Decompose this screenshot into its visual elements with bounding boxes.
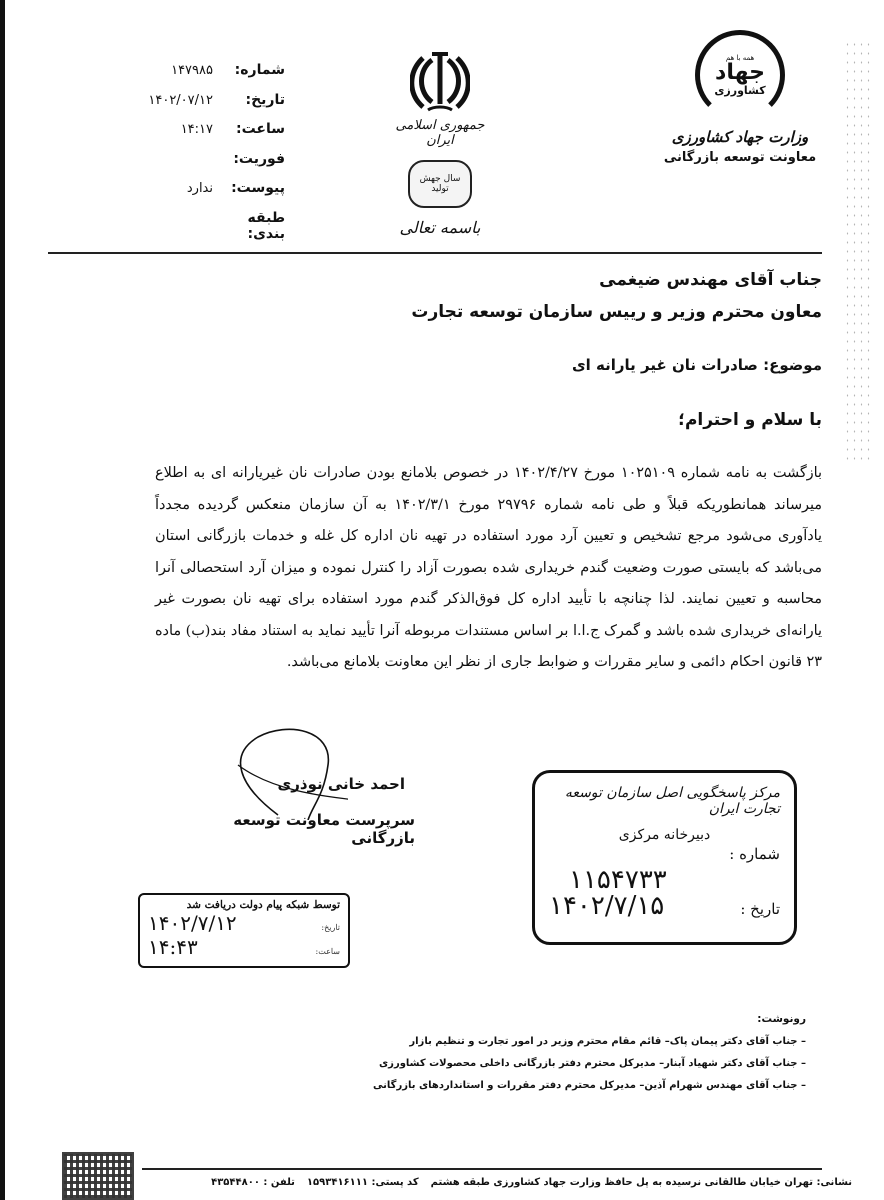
qr-code-icon bbox=[62, 1152, 134, 1200]
received-time-label: ساعت: bbox=[302, 947, 340, 956]
received-date: ۱۴۰۲/۷/۱۲ bbox=[148, 911, 302, 935]
meta-attachment: پیوست: ندارد bbox=[110, 180, 285, 210]
stamp-unit: دبیرخانه مرکزی bbox=[549, 827, 780, 843]
footer-contact: نشانی: تهران خیابان طالقانی نرسیده به پل… bbox=[142, 1177, 852, 1188]
letter-subject: موضوع: صادرات نان غیر یارانه ای bbox=[572, 356, 822, 374]
meta-label: ساعت: bbox=[223, 121, 285, 137]
header-divider bbox=[48, 252, 822, 254]
stamp-org: مرکز پاسخگویی اصل سازمان توسعه تجارت ایر… bbox=[549, 785, 780, 817]
cc-title: رونوشت: bbox=[373, 1013, 806, 1025]
national-emblem: جمهوری اسلامی ایران سال جهش تولید باسمه … bbox=[395, 52, 485, 237]
meta-urgency: فوریت: bbox=[110, 151, 285, 181]
scan-noise bbox=[844, 40, 874, 460]
meta-value: ۱۴۷۹۸۵ bbox=[110, 63, 223, 78]
stamp-date-label: تاریخ : bbox=[710, 900, 780, 918]
deputy-name: معاونت توسعه بازرگانی bbox=[640, 150, 840, 165]
scan-edge bbox=[0, 0, 5, 1200]
bismillah: باسمه تعالی bbox=[395, 218, 485, 237]
stamp-date: ۱۴۰۲/۷/۱۵ bbox=[549, 891, 710, 921]
logo-sub-text: کشاورزی bbox=[714, 84, 765, 97]
registry-stamp: مرکز پاسخگویی اصل سازمان توسعه تجارت ایر… bbox=[532, 770, 797, 945]
ministry-logo: همه با هم جهاد کشاورزی وزارت جهاد کشاورز… bbox=[640, 30, 840, 165]
signature-scribble-icon bbox=[218, 725, 348, 820]
letter-meta: شماره: ۱۴۷۹۸۵ تاریخ: ۱۴۰۲/۰۷/۱۲ ساعت: ۱۴… bbox=[110, 62, 285, 239]
received-stamp-title: توسط شبکه پیام دولت دریافت شد bbox=[148, 899, 340, 911]
year-slogan-cartouche: سال جهش تولید bbox=[408, 160, 472, 208]
addressee: جناب آقای مهندس ضیغمی معاون محترم وزیر و… bbox=[411, 270, 822, 322]
meta-label: تاریخ: bbox=[223, 92, 285, 108]
meta-label: پیوست: bbox=[223, 180, 285, 196]
meta-time: ساعت: ۱۴:۱۷ bbox=[110, 121, 285, 151]
received-stamp: توسط شبکه پیام دولت دریافت شد تاریخ: ۱۴۰… bbox=[138, 893, 350, 968]
logo-main-text: جهاد bbox=[715, 62, 765, 84]
addressee-name: جناب آقای مهندس ضیغمی bbox=[411, 270, 822, 290]
meta-classification: طبقه بندی: bbox=[110, 210, 285, 240]
footer-phone: تلفن : ۴۳۵۴۴۸۰۰ bbox=[211, 1177, 295, 1188]
cc-item: – جناب آقای مهندس شهرام آذین– مدیرکل محت… bbox=[373, 1075, 806, 1097]
footer-divider bbox=[142, 1168, 822, 1170]
letter-page: شماره: ۱۴۷۹۸۵ تاریخ: ۱۴۰۲/۰۷/۱۲ ساعت: ۱۴… bbox=[0, 0, 884, 1200]
cc-item: – جناب آقای دکتر پیمان پاک– قائم مقام مح… bbox=[373, 1031, 806, 1053]
emblem-caption: جمهوری اسلامی ایران bbox=[395, 118, 485, 148]
stamp-number-row: شماره : bbox=[549, 845, 780, 863]
meta-label: طبقه بندی: bbox=[210, 210, 285, 242]
meta-value: ندارد bbox=[110, 181, 223, 196]
ministry-name: وزارت جهاد کشاورزی bbox=[640, 128, 840, 146]
carbon-copy: رونوشت: – جناب آقای دکتر پیمان پاک– قائم… bbox=[373, 1013, 806, 1097]
stamp-number-label: شماره : bbox=[710, 845, 780, 863]
iran-emblem-icon bbox=[410, 52, 470, 114]
signatory-name: احمد خانی نوذری bbox=[278, 775, 406, 793]
received-time: ۱۴:۴۳ bbox=[148, 935, 302, 959]
meta-value: ۱۴۰۲/۰۷/۱۲ bbox=[110, 93, 223, 108]
signatory-title: سرپرست معاونت توسعه بازرگانی bbox=[190, 811, 415, 847]
received-time-row: ساعت: ۱۴:۴۳ bbox=[148, 935, 340, 959]
received-date-label: تاریخ: bbox=[302, 923, 340, 932]
stamp-date-row: تاریخ : ۱۴۰۲/۷/۱۵ bbox=[549, 891, 780, 921]
cc-item: – جناب آقای دکتر شهیاد آبنار– مدیرکل محت… bbox=[373, 1053, 806, 1075]
meta-value: ۱۴:۱۷ bbox=[110, 122, 223, 137]
meta-label: فوریت: bbox=[223, 151, 285, 167]
addressee-title: معاون محترم وزیر و رییس سازمان توسعه تجا… bbox=[411, 302, 822, 322]
meta-number: شماره: ۱۴۷۹۸۵ bbox=[110, 62, 285, 92]
footer-postal-code: کد پستی: ۱۵۹۳۴۱۶۱۱۱ bbox=[307, 1177, 419, 1188]
meta-date: تاریخ: ۱۴۰۲/۰۷/۱۲ bbox=[110, 92, 285, 122]
received-date-row: تاریخ: ۱۴۰۲/۷/۱۲ bbox=[148, 911, 340, 935]
jihad-logo-icon: همه با هم جهاد کشاورزی bbox=[695, 30, 785, 120]
letter-body: بازگشت به نامه شماره ۱۰۲۵۱۰۹ مورخ ۱۴۰۲/۴… bbox=[155, 458, 822, 679]
letter-greeting: با سلام و احترام؛ bbox=[678, 410, 822, 430]
meta-label: شماره: bbox=[223, 62, 285, 78]
signature-block: احمد خانی نوذری سرپرست معاونت توسعه بازر… bbox=[190, 725, 440, 855]
footer-address: نشانی: تهران خیابان طالقانی نرسیده به پل… bbox=[431, 1177, 852, 1188]
